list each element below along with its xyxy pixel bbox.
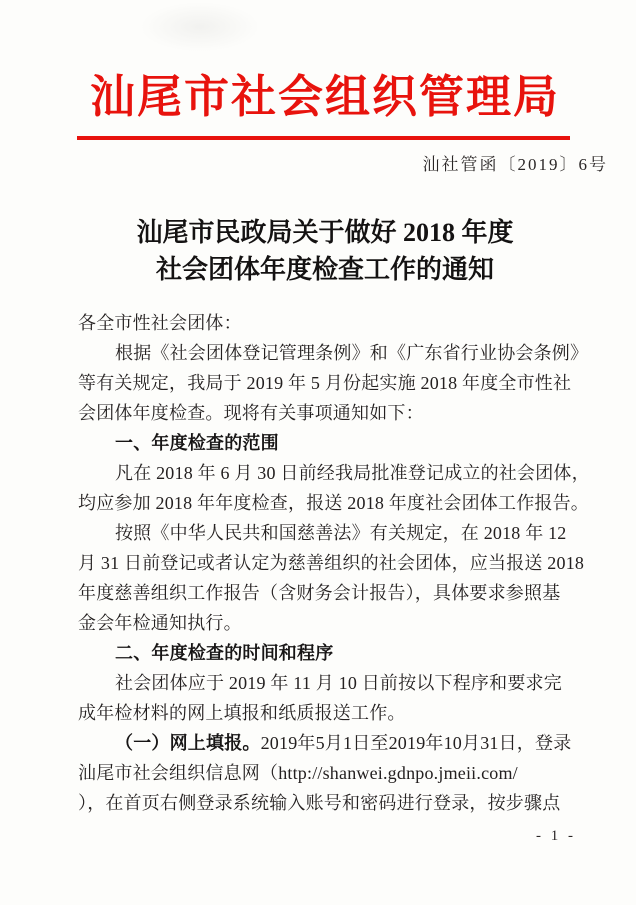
body-text: 各全市性社会团体： 根据《社会团体登记管理条例》和《广东省行业协会条例》 等有关…: [78, 308, 578, 818]
body-line-with-url: 汕尾市社会组织信息网（http://shanwei.gdnpo.jmeii.co…: [78, 758, 578, 788]
document-title-line-2: 社会团体年度检查工作的通知: [78, 251, 572, 288]
body-line: （一）网上填报。2019年5月1日至2019年10月31日，登录: [78, 728, 578, 758]
body-line: 均应参加 2018 年年度检查，报送 2018 年度社会团体工作报告。: [78, 488, 578, 518]
document-title: 汕尾市民政局关于做好 2018 年度 社会团体年度检查工作的通知: [78, 214, 572, 288]
section-heading-1: 一、年度检查的范围: [78, 428, 578, 458]
document-page: 汕尾市社会组织管理局 汕社管函〔2019〕6号 汕尾市民政局关于做好 2018 …: [0, 0, 636, 905]
body-line: ），在首页右侧登录系统输入账号和密码进行登录，按步骤点: [78, 788, 578, 818]
page-number: - 1 -: [536, 828, 576, 845]
body-line: 根据《社会团体登记管理条例》和《广东省行业协会条例》: [78, 338, 578, 368]
body-line: 成年检材料的网上填报和纸质报送工作。: [78, 698, 578, 728]
salutation: 各全市性社会团体：: [78, 308, 578, 338]
body-line: 金会年检通知执行。: [78, 608, 578, 638]
agency-name: 汕尾市社会组织管理局: [78, 68, 572, 126]
body-line: 年度慈善组织工作报告（含财务会计报告），具体要求参照基: [78, 578, 578, 608]
doc-number: 汕社管函〔2019〕6号: [423, 150, 609, 175]
section-heading-2: 二、年度检查的时间和程序: [78, 638, 578, 668]
body-line: 会团体年度检查。现将有关事项通知如下：: [78, 398, 578, 428]
document-title-line-1: 汕尾市民政局关于做好 2018 年度: [78, 214, 572, 251]
subsection-heading: （一）网上填报。: [115, 733, 261, 753]
body-line: 社会团体应于 2019 年 11 月 10 日前按以下程序和要求完: [78, 668, 578, 698]
red-divider-line: [77, 136, 570, 140]
body-line: 等有关规定，我局于 2019 年 5 月份起实施 2018 年度全市性社: [78, 368, 578, 398]
scan-artifact: [140, 2, 260, 52]
body-line: 月 31 日前登记或者认定为慈善组织的社会团体，应当报送 2018: [78, 548, 578, 578]
body-line-text: 2019年5月1日至2019年10月31日，登录: [261, 733, 572, 753]
body-line: 按照《中华人民共和国慈善法》有关规定，在 2018 年 12: [78, 518, 578, 548]
body-line: 凡在 2018 年 6 月 30 日前经我局批准登记成立的社会团体，: [78, 458, 578, 488]
